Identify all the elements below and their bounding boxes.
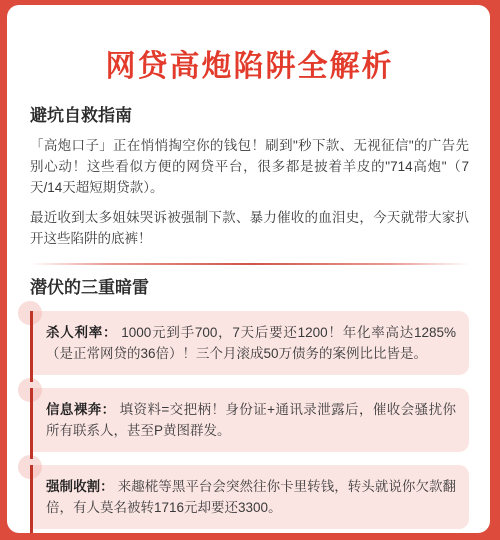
callout-forced-harvest: 强制收割：来趣椛等黑平台会突然往你卡里转钱，转头就说你欠款翻倍，有人莫名被转17… — [30, 465, 469, 529]
section-heading-mines: 潜伏的三重暗雷 — [30, 277, 469, 298]
callout-accent-line — [30, 388, 33, 459]
callout-list: 杀人利率：1000元到手700，7天后要还1200！年化率高达1285%（是正常… — [30, 311, 469, 529]
callout-label: 杀人利率： — [46, 325, 117, 340]
poster-frame: 网贷高炮陷阱全解析 避坑自救指南 「高炮口子」正在悄悄掏空你的钱包！刷到"秒下款… — [0, 0, 500, 540]
guide-paragraph-1: 「高炮口子」正在悄悄掏空你的钱包！刷到"秒下款、无视征信"的广告先别心动！这些看… — [30, 135, 469, 198]
callout-accent-line — [30, 465, 33, 533]
poster-page: 网贷高炮陷阱全解析 避坑自救指南 「高炮口子」正在悄悄掏空你的钱包！刷到"秒下款… — [7, 5, 490, 533]
poster-content: 网贷高炮陷阱全解析 避坑自救指南 「高炮口子」正在悄悄掏空你的钱包！刷到"秒下款… — [7, 49, 490, 533]
callout-label: 强制收割： — [46, 479, 114, 494]
callout-body: 信息裸奔：填资料=交把柄！身份证+通讯录泄露后，催收会骚扰你所有联系人，甚至P黄… — [33, 388, 469, 452]
section-divider — [30, 263, 469, 265]
section-heading-guide: 避坑自救指南 — [30, 105, 469, 126]
guide-paragraph-2: 最近收到太多姐妹哭诉被强制下款、暴力催收的血泪史，今天就带大家扒开这些陷阱的底裤… — [30, 207, 469, 249]
callout-killer-rate: 杀人利率：1000元到手700，7天后要还1200！年化率高达1285%（是正常… — [30, 311, 469, 375]
callout-body: 杀人利率：1000元到手700，7天后要还1200！年化率高达1285%（是正常… — [33, 311, 469, 375]
callout-body: 强制收割：来趣椛等黑平台会突然往你卡里转钱，转头就说你欠款翻倍，有人莫名被转17… — [33, 465, 469, 529]
callout-info-leak: 信息裸奔：填资料=交把柄！身份证+通讯录泄露后，催收会骚扰你所有联系人，甚至P黄… — [30, 388, 469, 452]
page-title: 网贷高炮陷阱全解析 — [30, 49, 469, 85]
callout-label: 信息裸奔： — [46, 402, 116, 417]
callout-accent-line — [30, 311, 33, 382]
